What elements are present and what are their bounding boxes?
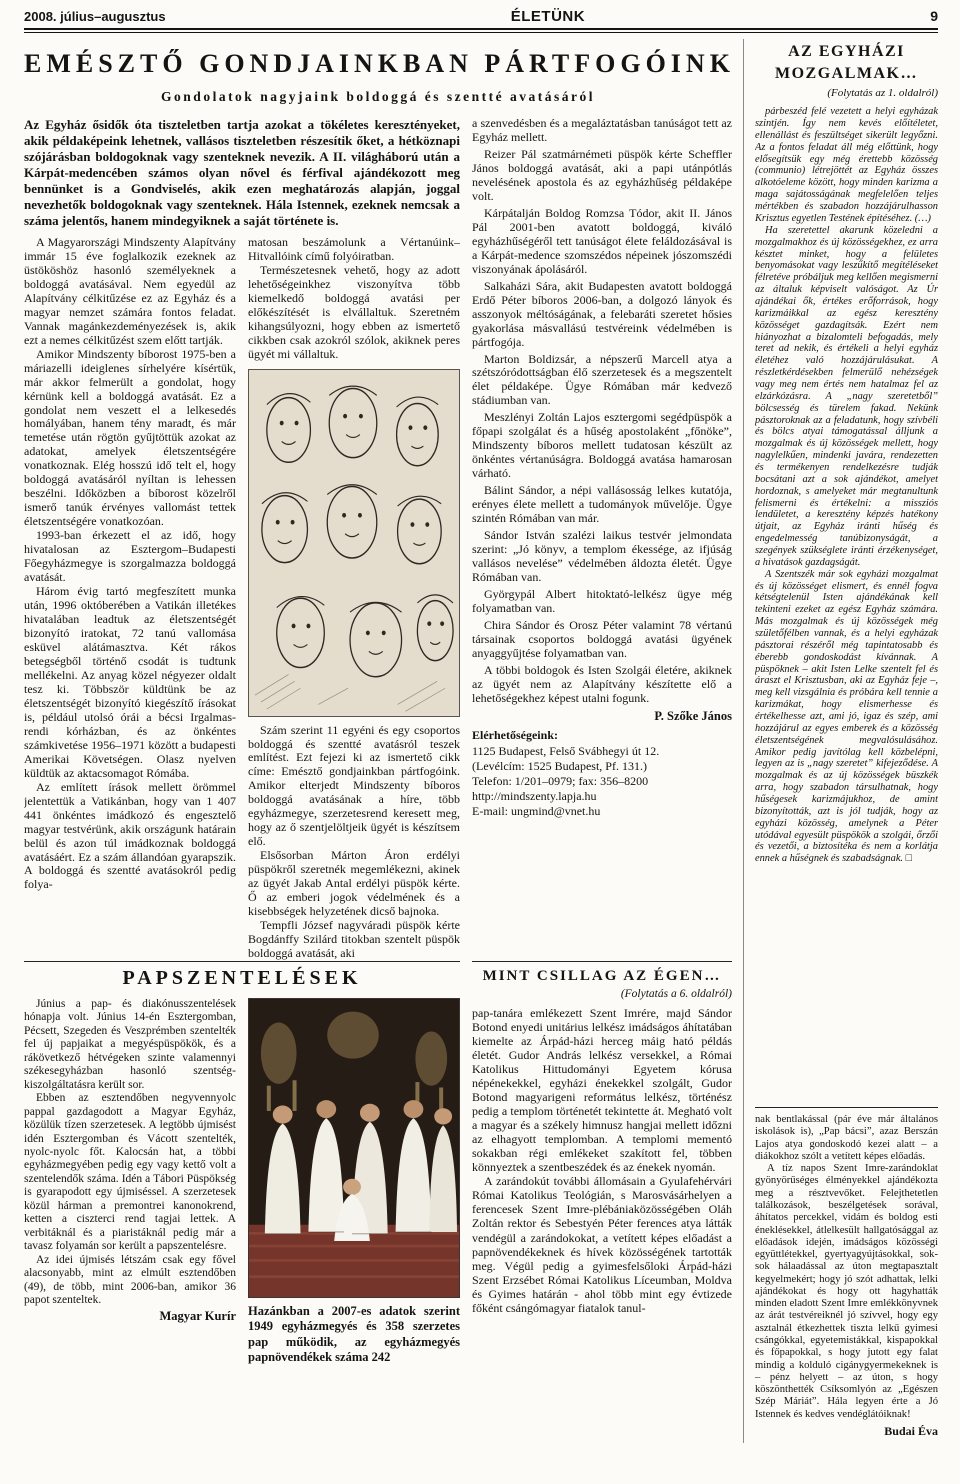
- paragraph: Salkaházi Sára, akit Budapesten avatott …: [472, 280, 732, 350]
- paragraph: Szám szerint 11 egyéni és egy csoportos …: [248, 724, 460, 850]
- paragraph: Marton Boldizsár, a népszerű Marcell aty…: [472, 353, 732, 409]
- ordinations-body: Június a pap- és diakónusszentelések hón…: [24, 998, 236, 1365]
- lead-article-column-2-top: matosan beszámolunk a Vértanúink–Hitvall…: [248, 236, 460, 362]
- contact-heading: Elérhetőségeink:: [472, 728, 732, 743]
- paragraph: Bálint Sándor, a népi vallásosság lelkes…: [472, 484, 732, 526]
- paragraph: A tíz napos Szent Imre-zarándoklat gyöny…: [755, 1163, 938, 1421]
- star-article-author-signature: Budai Éva: [755, 1424, 938, 1443]
- paragraph: Meszlényi Zoltán Lajos esztergomi segédp…: [472, 411, 732, 481]
- star-article-continuation: nak bentlakással (pár éve már általános …: [755, 1114, 938, 1421]
- paragraph: Kárpátalján Boldog Romzsa Tódor, akit II…: [472, 207, 732, 277]
- paragraph: Sándor István szalézi laikus testvér jel…: [472, 529, 732, 585]
- paragraph: E-mail: ungmind@vnet.hu: [472, 804, 732, 819]
- lead-article-author-signature: P. Szőke János: [472, 709, 732, 724]
- paragraph: http://mindszenty.lapja.hu: [472, 789, 732, 804]
- paragraph: Az idei újmisés létszám csak egy fővel a…: [24, 1254, 236, 1308]
- news-agency-signature: Magyar Kurír: [24, 1309, 236, 1324]
- paragraph: pap-tanára emlékezett Szent Imrére, majd…: [472, 1006, 732, 1174]
- sidebar-column: AZ EGYHÁZI MOZGALMAK… (Folytatás az 1. o…: [743, 39, 938, 1443]
- paragraph: A Magyarországi Mindszenty Alapítvány im…: [24, 236, 236, 348]
- paragraph: nak bentlakással (pár éve már általános …: [755, 1114, 938, 1163]
- lead-article-body: Az Egyház ősidők óta tiszteletben tartja…: [24, 117, 732, 961]
- paragraph: Tempfli József nagyváradi püspök kérte B…: [248, 919, 460, 961]
- paragraph: A többi boldogok és Isten Szolgái életér…: [472, 664, 732, 706]
- paragraph: Három évig tartó megfeszített munka után…: [24, 585, 236, 781]
- paragraph: Györgypál Albert hitoktató-lelkész ügye …: [472, 588, 732, 616]
- sidebar-continued-note: (Folytatás az 1. oldalról): [755, 87, 938, 99]
- paragraph: A zarándokút további állomásain a Gyulaf…: [472, 1174, 732, 1314]
- star-article-title: MINT CSILLAG AZ ÉGEN…: [472, 968, 732, 985]
- paragraph: Telefon: 1/201–0979; fax: 356–8200: [472, 774, 732, 789]
- ordinations-article: PAPSZENTELÉSEK Június a pap- és diakónus…: [24, 961, 460, 1443]
- paragraph: A Szentszék már sok egyházi mozgalmat és…: [755, 569, 938, 865]
- star-article-continued-note: (Folytatás a 6. oldalról): [472, 988, 732, 1000]
- paragraph: 1125 Budapest, Felső Svábhegyi út 12.: [472, 744, 732, 759]
- paragraph: a szenvedésben és a megaláztatásban tanú…: [472, 117, 732, 145]
- ordinations-title: PAPSZENTELÉSEK: [24, 967, 460, 990]
- page-header: 2008. július–augusztus ÉLETÜNK 9: [24, 8, 938, 25]
- header-divider: [24, 28, 938, 33]
- paragraph: Ha szeretettel akarunk közeledni a mozga…: [755, 225, 938, 569]
- paragraph: 1993-ban érkezett el az idő, hogy hivata…: [24, 529, 236, 585]
- main-area: EMÉSZTŐ GONDJAINKBAN PÁRTFOGÓINK Gondola…: [24, 39, 732, 1443]
- lead-article-intro: Az Egyház ősidők óta tiszteletben tartja…: [24, 117, 460, 229]
- lead-article-column-3: a szenvedésben és a megaláztatásban tanú…: [472, 117, 732, 706]
- paragraph: Ebben az esztendőben negyvennyolc pappal…: [24, 1092, 236, 1253]
- page-number: 9: [930, 8, 938, 24]
- paragraph: Június a pap- és diakónusszentelések hón…: [24, 998, 236, 1092]
- contact-info: Elérhetőségeink: 1125 Budapest, Felső Sv…: [472, 728, 732, 819]
- issue-date: 2008. július–augusztus: [24, 9, 166, 24]
- star-article-column: pap-tanára emlékezett Szent Imrére, majd…: [472, 1006, 732, 1315]
- paragraph: párbeszéd felé vezetett a helyi egyházak…: [755, 106, 938, 225]
- photo-caption: Hazánkban a 2007-es adatok szerint 1949 …: [248, 1304, 460, 1365]
- paragraph: Reizer Pál szatmárnémeti püspök kérte Sc…: [472, 148, 732, 204]
- paragraph: matosan beszámolunk a Vértanúink–Hitvall…: [248, 236, 460, 264]
- lead-article-column-1: A Magyarországi Mindszenty Alapítvány im…: [24, 236, 236, 961]
- ordination-procession-photo: [248, 998, 460, 1298]
- lead-article-subtitle: Gondolatok nagyjaink boldoggá és szentté…: [24, 89, 732, 105]
- lead-article-header: EMÉSZTŐ GONDJAINKBAN PÁRTFOGÓINK Gondola…: [24, 39, 732, 117]
- paragraph: Amikor Mindszenty bíborost 1975-ben a má…: [24, 348, 236, 530]
- star-article: MINT CSILLAG AZ ÉGEN… (Folytatás a 6. ol…: [472, 961, 732, 1443]
- paragraph: Az említett írások mellett örömmel jelen…: [24, 781, 236, 893]
- masthead-title: ÉLETÜNK: [511, 8, 585, 25]
- saints-engraving-image: [248, 369, 460, 717]
- paragraph: Elsősorban Márton Áron erdélyi püspökről…: [248, 849, 460, 919]
- newspaper-page: 2008. július–augusztus ÉLETÜNK 9 EMÉSZTŐ…: [0, 0, 960, 1484]
- paragraph: (Levélcím: 1525 Budapest, Pf. 131.): [472, 759, 732, 774]
- sidebar-article-title: AZ EGYHÁZI MOZGALMAK…: [755, 39, 938, 84]
- sidebar-article-body: párbeszéd felé vezetett a helyi egyházak…: [755, 106, 938, 1100]
- lead-article-title: EMÉSZTŐ GONDJAINKBAN PÁRTFOGÓINK: [24, 49, 732, 79]
- paragraph: Chira Sándor és Orosz Péter valamint 78 …: [472, 619, 732, 661]
- contact-lines: 1125 Budapest, Felső Svábhegyi út 12.(Le…: [472, 744, 732, 819]
- sidebar-section-divider: [755, 1107, 938, 1108]
- lead-article-column-2-bottom: Szám szerint 11 egyéni és egy csoportos …: [248, 724, 460, 961]
- paragraph: Természetesnek vehető, hogy az adott leh…: [248, 264, 460, 362]
